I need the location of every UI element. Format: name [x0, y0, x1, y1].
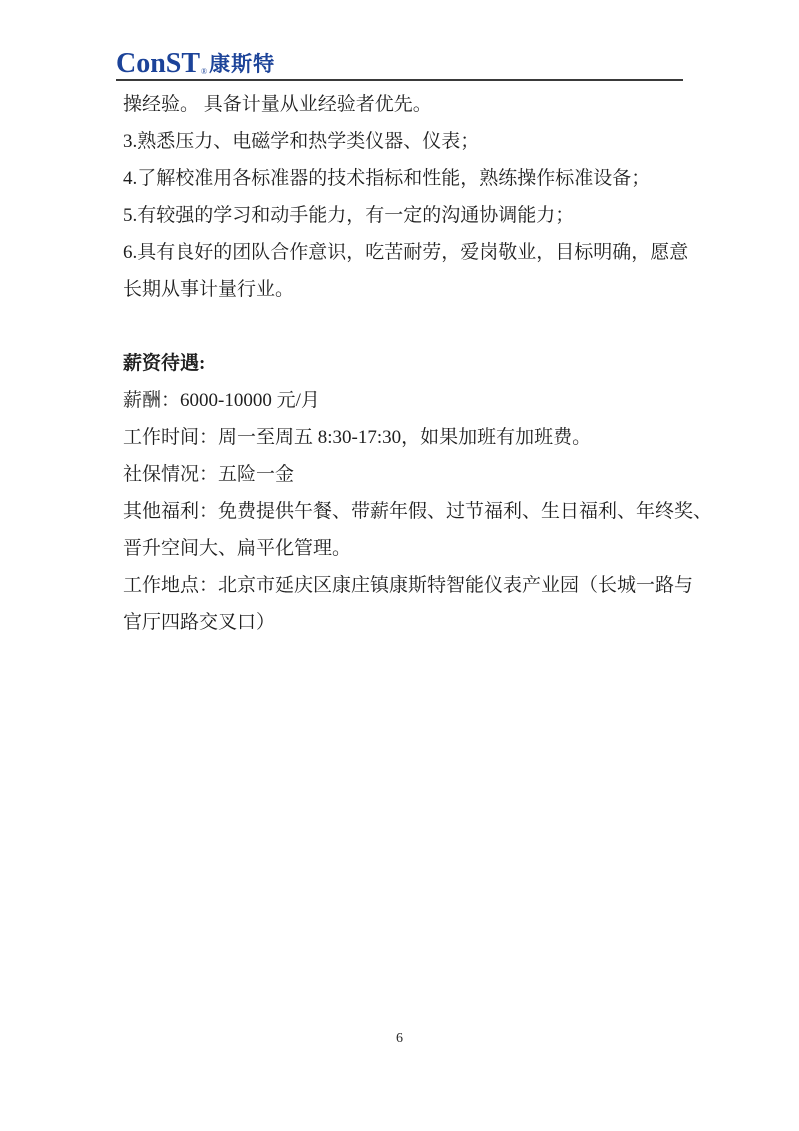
requirement-item-4: 4.了解校准用各标准器的技术指标和性能，熟练操作标准设备； [123, 160, 689, 197]
requirement-item-3: 3.熟悉压力、电磁学和热学类仪器、仪表； [123, 123, 689, 160]
page-number: 6 [0, 1031, 799, 1047]
social-insurance-line: 社保情况：五险一金 [123, 456, 689, 493]
work-hours-line: 工作时间：周一至周五 8:30-17:30，如果加班有加班费。 [123, 419, 689, 456]
salary-section-title: 薪资待遇: [123, 345, 689, 382]
document-body: 操经验。 具备计量从业经验者优先。 3.熟悉压力、电磁学和热学类仪器、仪表； 4… [123, 86, 689, 641]
company-logo-chinese-text: 康斯特 [209, 53, 275, 76]
benefits-line-continued: 晋升空间大、扁平化管理。 [123, 530, 689, 567]
benefits-line: 其他福利：免费提供午餐、带薪年假、过节福利、生日福利、年终奖、 [123, 493, 689, 530]
registered-trademark-icon: ® [201, 68, 207, 76]
company-logo-latin-text: ConST [116, 52, 200, 76]
work-location-line-continued: 官厅四路交叉口） [123, 604, 689, 641]
document-page: ConST ® 康斯特 操经验。 具备计量从业经验者优先。 3.熟悉压力、电磁学… [0, 0, 799, 1131]
work-location-line: 工作地点：北京市延庆区康庄镇康斯特智能仪表产业园（长城一路与 [123, 567, 689, 604]
page-header: ConST ® 康斯特 [116, 52, 683, 81]
requirement-item-5: 5.有较强的学习和动手能力，有一定的沟通协调能力； [123, 197, 689, 234]
requirement-item-6: 6.具有良好的团队合作意识，吃苦耐劳，爱岗敬业，目标明确，愿意 [123, 234, 689, 271]
requirement-item-6-continued: 长期从事计量行业。 [123, 271, 689, 308]
salary-line: 薪酬：6000-10000 元/月 [123, 382, 689, 419]
company-logo: ConST ® 康斯特 [116, 52, 683, 76]
body-line-experience: 操经验。 具备计量从业经验者优先。 [123, 86, 689, 123]
